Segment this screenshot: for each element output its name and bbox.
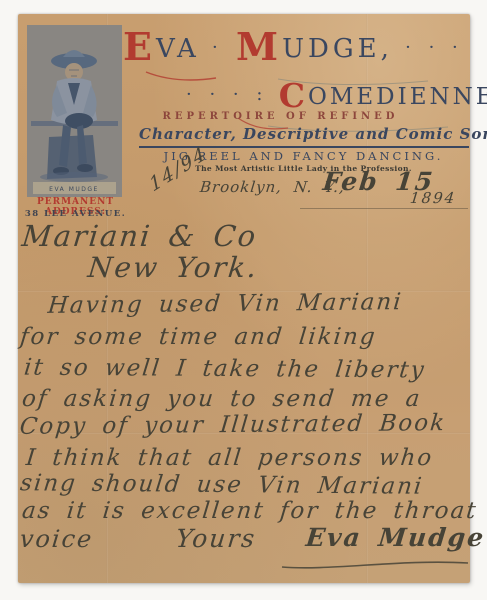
letter-line: for some time and liking [19, 326, 378, 349]
portrait-photo: EVA MUDGE [27, 25, 122, 197]
letter-line: as it is excellent for the throat [21, 500, 479, 523]
leading-dots: · · · : [186, 84, 268, 105]
performer-name: EVA · MUDGE, · · · [123, 34, 463, 64]
closing-word: voice [19, 527, 95, 551]
title-rest: OMEDIENNE, [308, 84, 487, 110]
signature-underline-flourish [280, 557, 470, 571]
letter-line: I think that all persons who [25, 447, 435, 470]
initial-M: M [236, 24, 282, 69]
dot-separator: · [212, 37, 224, 58]
name-last-rest: UDGE, [282, 34, 393, 64]
svg-text:EVA MUDGE: EVA MUDGE [49, 186, 99, 193]
letter-line: of asking you to send me a [21, 388, 423, 411]
initial-C: C [279, 76, 308, 115]
letter-line: Copy of your Illustrated Book [19, 412, 447, 439]
portrait-illustration: EVA MUDGE [27, 25, 122, 197]
letter-line: sing should use Vin Mariani [19, 472, 425, 499]
closing-salutation: Yours [175, 526, 258, 551]
performer-title: · · · : COMEDIENNE, [186, 76, 471, 115]
initial-E: E [123, 24, 156, 69]
songs-line: Character, Descriptive and Comic Songs. [139, 125, 469, 148]
recipient-city-line: New York. [87, 254, 260, 282]
signature: Eva Mudge [305, 525, 487, 550]
date-rule-line [300, 208, 468, 209]
permanent-address-value: 38 LEE AVENUE. [18, 209, 133, 219]
repertoire-line: REPERTOIRE OF REFINED [138, 111, 423, 122]
letter-line: Having used Vin Mariani [47, 291, 404, 318]
name-first-rest: VA [156, 34, 200, 64]
trailing-dots: · · · [405, 37, 464, 58]
letter-line: it so well I take the liberty [23, 357, 427, 383]
handwritten-year: 1894 [409, 191, 457, 206]
recipient-line: Mariani & Co [20, 222, 258, 251]
letter-paper: EVA MUDGE PERMANENT ADDRESS: 38 LEE AVEN… [18, 14, 470, 583]
